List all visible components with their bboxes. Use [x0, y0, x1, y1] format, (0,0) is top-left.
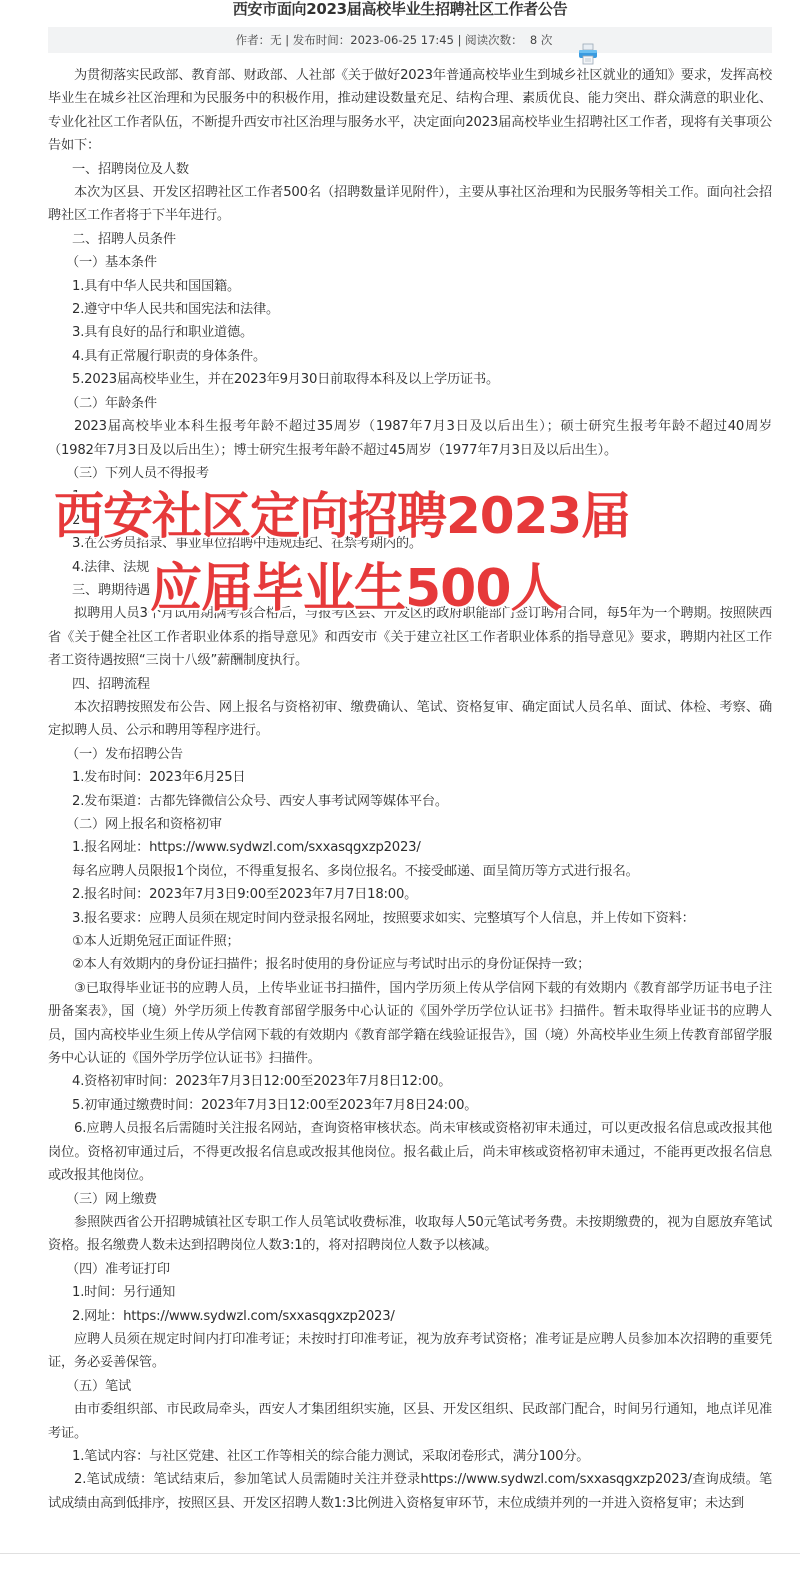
subsection-heading: （三）网上缴费	[48, 1188, 772, 1211]
paragraph: 3.报名要求：应聘人员须在规定时间内登录报名网址，按照要求如实、完整填写个人信息…	[48, 907, 772, 930]
paragraph: 每名应聘人员限报1个岗位，不得重复报名、多岗位报名。不接受邮递、面呈简历等方式进…	[48, 860, 772, 883]
subsection-heading: （二）年龄条件	[48, 392, 772, 415]
page-title: 西安市面向2023届高校毕业生招聘社区工作者公告	[0, 0, 800, 18]
meta-separator: |	[282, 33, 293, 47]
publish-time: 发布时间：2023-06-25 17:45	[293, 32, 454, 48]
paragraph: 3.具有良好的品行和职业道德。	[48, 321, 772, 344]
paragraph: 2023届高校毕业本科生报考年龄不超过35周岁（1987年7月3日及以后出生）；…	[48, 415, 772, 462]
paragraph: 1.发布时间：2023年6月25日	[48, 766, 772, 789]
paragraph: 本次招聘按照发布公告、网上报名与资格初审、缴费确认、笔试、资格复审、确定面试人员…	[48, 696, 772, 743]
read-count: 阅读次数： 8 次	[465, 32, 552, 48]
paragraph: 2.网址：https://www.sydwzl.com/sxxasqgxzp20…	[48, 1305, 772, 1328]
paragraph: 1.报名网址：https://www.sydwzl.com/sxxasqgxzp…	[48, 836, 772, 859]
printer-icon[interactable]	[562, 29, 584, 51]
paragraph: 2.报名时间：2023年7月3日9:00至2023年7月7日18:00。	[48, 883, 772, 906]
subsection-heading: （二）网上报名和资格初审	[48, 813, 772, 836]
article-body: 为贯彻落实民政部、教育部、财政部、人社部《关于做好2023年普通高校毕业生到城乡…	[48, 64, 772, 1515]
author: 作者：无	[236, 32, 282, 48]
paragraph: 4.具有正常履行职责的身体条件。	[48, 345, 772, 368]
paragraph: ①本人近期免冠正面证件照；	[48, 930, 772, 953]
bottom-divider	[0, 1553, 800, 1554]
subsection-heading: （四）准考证打印	[48, 1258, 772, 1281]
section-heading: 二、招聘人员条件	[48, 228, 772, 251]
paragraph: 为贯彻落实民政部、教育部、财政部、人社部《关于做好2023年普通高校毕业生到城乡…	[48, 64, 772, 158]
section-heading: 四、招聘流程	[48, 673, 772, 696]
headline-overlay-line2: 应届毕业生500人	[150, 558, 800, 620]
subsection-heading: （五）笔试	[48, 1375, 772, 1398]
paragraph: 本次为区县、开发区招聘社区工作者500名（招聘数量详见附件），主要从事社区治理和…	[48, 181, 772, 228]
subsection-heading: （一）基本条件	[48, 251, 772, 274]
subsection-heading: （三）下列人员不得报考	[48, 462, 772, 485]
paragraph: 1.具有中华人民共和国国籍。	[48, 275, 772, 298]
article-meta-bar: 作者：无 | 发布时间：2023-06-25 17:45 | 阅读次数： 8 次	[48, 27, 772, 53]
paragraph: ②本人有效期内的身份证扫描件；报名时使用的身份证应与考试时出示的身份证保持一致；	[48, 953, 772, 976]
paragraph: 2.笔试成绩：笔试结束后，参加笔试人员需随时关注并登录https://www.s…	[48, 1468, 772, 1515]
paragraph: 6.应聘人员报名后需随时关注报名网站，查询资格审核状态。尚未审核或资格初审未通过…	[48, 1117, 772, 1187]
section-heading: 一、招聘岗位及人数	[48, 158, 772, 181]
headline-overlay-line1: 西安社区定向招聘2023届	[54, 486, 800, 546]
paragraph: 5.2023届高校毕业生，并在2023年9月30日前取得本科及以上学历证书。	[48, 368, 772, 391]
paragraph: 由市委组织部、市民政局牵头，西安人才集团组织实施，区县、开发区组织、民政部门配合…	[48, 1398, 772, 1445]
paragraph: 2.遵守中华人民共和国宪法和法律。	[48, 298, 772, 321]
paragraph: ③已取得毕业证书的应聘人员，上传毕业证书扫描件，国内学历须上传从学信网下载的有效…	[48, 977, 772, 1071]
paragraph: 5.初审通过缴费时间：2023年7月3日12:00至2023年7月8日24:00…	[48, 1094, 772, 1117]
paragraph: 应聘人员须在规定时间内打印准考证；未按时打印准考证，视为放弃考试资格；准考证是应…	[48, 1328, 772, 1375]
paragraph: 1.时间：另行通知	[48, 1281, 772, 1304]
meta-separator: |	[454, 33, 465, 47]
paragraph: 参照陕西省公开招聘城镇社区专职工作人员笔试收费标准，收取每人50元笔试考务费。未…	[48, 1211, 772, 1258]
paragraph: 1.笔试内容：与社区党建、社区工作等相关的综合能力测试，采取闭卷形式，满分100…	[48, 1445, 772, 1468]
paragraph: 4.资格初审时间：2023年7月3日12:00至2023年7月8日12:00。	[48, 1070, 772, 1093]
subsection-heading: （一）发布招聘公告	[48, 743, 772, 766]
paragraph: 2.发布渠道：古都先锋微信公众号、西安人事考试网等媒体平台。	[48, 790, 772, 813]
